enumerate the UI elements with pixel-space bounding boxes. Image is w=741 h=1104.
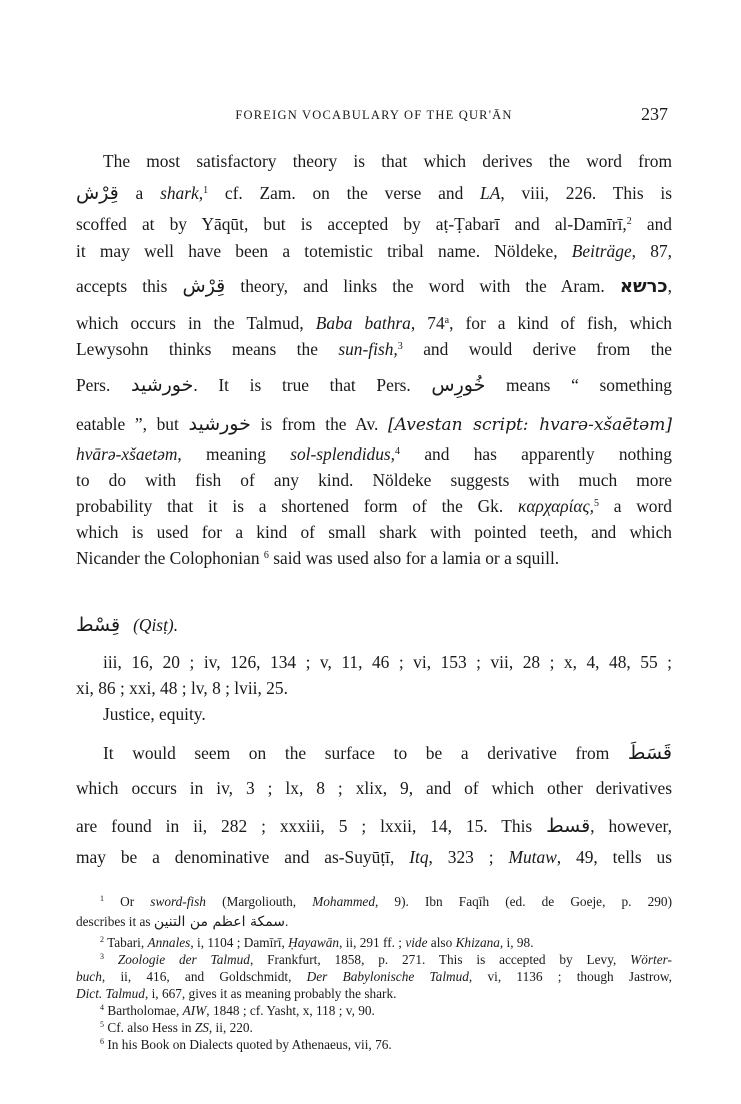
entry-references: iii, 16, 20 ; iv, 126, 134 ; v, 11, 46 ;… [76,651,672,673]
text: said was used also for a lamia or a squi… [269,548,559,568]
text: , however, [590,816,672,836]
arabic-word: قَسَطَ [628,742,672,764]
hebrew-word: כרשא [620,276,668,297]
book-page: Foreign Vocabulary of the Qur'ān 237 The… [0,0,741,1104]
paragraph-line: eatable ”, but خورشيد is from the Av. [A… [76,413,672,436]
text: Tabari, [104,935,148,950]
paragraph-line: scoffed at by Yāqūt, but is accepted by … [76,213,672,235]
arabic-word: خُورِس [431,374,485,396]
footnote-6: 6 In his Book on Dialects quoted by Athe… [76,1036,672,1053]
paragraph-line: which occurs in the Talmud, Baba bathra,… [76,312,672,334]
italic-text: Dict. Talmud [76,986,145,1001]
paragraph-line: to do with fish of any kind. Nöldeke sug… [76,469,672,491]
footnote-1-cont: describes it as سمكة اعظم من التنين. [76,913,672,931]
text: , vi, 1136 ; though Jastrow, [469,969,672,984]
text: , 87, [632,241,672,261]
text: Lewysohn thinks means the [76,339,338,359]
text: also [427,935,455,950]
footnote-number: 3 [100,952,104,961]
text: a word [599,496,672,516]
entry-headword: قِسْط (Qisṭ). [76,614,672,636]
text: , ii, 416, and Goldschmidt, [102,969,307,984]
text: to do with fish of any kind. Nöldeke sug… [76,470,672,490]
text: , 74 [411,313,445,333]
italic-text: shark, [160,183,203,203]
text: cf. Zam. on the verse and [208,183,480,203]
italic-text: Zoologie der Talmud [118,952,250,967]
text: means “ something [485,375,672,395]
italic-text: Annales [148,935,191,950]
text: Bartholomae, [104,1003,183,1018]
paragraph-line: accepts this قِرْش theory, and links the… [76,275,672,298]
text: Nicander the Colophonian [76,548,264,568]
paragraph-line: it may well have been a totemistic triba… [76,240,672,262]
paragraph-line: It would seem on the surface to be a der… [76,742,672,764]
arabic-word: خورشيد [189,413,251,435]
footnote-5: 5 Cf. also Hess in ZS, ii, 220. [76,1019,672,1036]
text: describes it as [76,914,154,929]
text: It would seem on the surface to be a der… [103,743,628,763]
paragraph-line: may be a denominative and as-Suyūṭī, Itq… [76,846,672,868]
italic-text: Mohammed [312,894,375,909]
entry-references: xi, 86 ; xxi, 48 ; lv, 8 ; lvii, 25. [76,677,672,699]
italic-text: ZS [195,1020,209,1035]
italic-text: sol-splendidus, [290,444,395,464]
arabic-word: قِرْش [183,275,226,297]
text: , i, 98. [500,935,534,950]
paragraph-line: probability that it is a shortened form … [76,495,672,517]
italic-text: buch [76,969,102,984]
text: , viii, 226. This is [500,183,672,203]
italic-text: sun-fish, [338,339,397,359]
paragraph-line: Nicander the Colophonian 6 said was used… [76,547,672,569]
text: , 323 ; [429,847,509,867]
text: and [632,214,672,234]
text: eatable ”, but [76,414,189,434]
text: The most satisfactory theory is that whi… [103,151,672,171]
avestan-word: [Avestan script: hvarə-xšaētəm] [388,415,672,435]
text: Cf. also Hess in [104,1020,195,1035]
text: , ii, 220. [209,1020,253,1035]
text: is from the Av. [251,414,388,434]
text: a [119,183,160,203]
text: are found in ii, 282 ; xxxiii, 5 ; lxxii… [76,816,546,836]
italic-text: AIW [183,1003,207,1018]
italic-text: Baba bathra [316,313,411,333]
text: , i, 1104 ; Damīrī, [190,935,288,950]
italic-text: sword-fish [150,894,206,909]
text: which occurs in iv, 3 ; lx, 8 ; xlix, 9,… [76,778,672,798]
italic-text: LA [480,183,500,203]
italic-text: hvārə-xšaetəm [76,444,177,464]
text: . It is true that Pers. [193,375,431,395]
text: , Frankfurt, 1858, p. 271. This is accep… [250,952,630,967]
text: Or [104,894,150,909]
text: In his Book on Dialects quoted by Athena… [104,1037,392,1052]
text: xi, 86 ; xxi, 48 ; lv, 8 ; lvii, 25. [76,678,288,698]
page-number: 237 [641,104,668,125]
text: it may well have been a totemistic triba… [76,241,572,261]
paragraph-line: The most satisfactory theory is that whi… [76,150,672,172]
arabic-phrase: سمكة اعظم من التنين [154,914,285,930]
text: , for a kind of fish, which [449,313,672,333]
arabic-word: قسط [546,815,590,837]
text: , meaning [177,444,290,464]
text: , 1848 ; cf. Yasht, x, 118 ; v, 90. [206,1003,375,1018]
paragraph-line: hvārə-xšaetəm, meaning sol-splendidus,4 … [76,443,672,465]
transliteration: (Qisṭ). [133,615,178,635]
text: , 9). Ibn Faqīh (ed. de Goeje, p. 290) [375,894,672,909]
italic-text: Ḥayawān [288,935,339,950]
text: , 49, tells us [557,847,672,867]
paragraph-line: which occurs in iv, 3 ; lx, 8 ; xlix, 9,… [76,777,672,799]
running-head: Foreign Vocabulary of the Qur'ān [76,108,672,123]
text: Justice, equity. [103,704,206,724]
italic-text: Der Babylonische Talmud [307,969,469,984]
text: theory, and links the word with the Aram… [225,276,620,296]
text: iii, 16, 20 ; iv, 126, 134 ; v, 11, 46 ;… [103,652,672,672]
text: , i, 667, gives it as meaning probably t… [145,986,397,1001]
arabic-word: قِرْش [76,182,119,204]
footnote-4: 4 Bartholomae, AIW, 1848 ; cf. Yasht, x,… [76,1002,672,1019]
italic-text: Mutaw [508,847,556,867]
italic-text: Beiträge [572,241,632,261]
text: scoffed at by Yāqūt, but is accepted by … [76,214,627,234]
footnote-3-cont: Dict. Talmud, i, 667, gives it as meanin… [76,985,672,1002]
text: and would derive from the [403,339,672,359]
text: , ii, 291 ff. ; [339,935,405,950]
text: accepts this [76,276,183,296]
arabic-headword: قِسْط [76,614,120,636]
footnote-1: 1 Or sword-fish (Margoliouth, Mohammed, … [76,893,672,910]
footnote-3: 3 Zoologie der Talmud, Frankfurt, 1858, … [76,951,672,968]
text: which occurs in the Talmud, [76,313,316,333]
text: Pers. [76,375,131,395]
paragraph-line: which is used for a kind of small shark … [76,521,672,543]
page-header: Foreign Vocabulary of the Qur'ān 237 [76,104,672,128]
italic-text: Itq [409,847,428,867]
paragraph-line: are found in ii, 282 ; xxxiii, 5 ; lxxii… [76,815,672,837]
italic-text: Wörter- [630,952,672,967]
text: probability that it is a shortened form … [76,496,518,516]
text: (Margoliouth, [206,894,312,909]
greek-word: καρχαρίας, [518,496,594,516]
arabic-word: خورشيد [131,374,193,396]
italic-text: Khizana [456,935,500,950]
text: . [285,914,288,929]
paragraph-line: قِرْش a shark,1 cf. Zam. on the verse an… [76,182,672,204]
footnote-3-cont: buch, ii, 416, and Goldschmidt, Der Baby… [76,968,672,985]
paragraph-line: Pers. خورشيد. It is true that Pers. خُور… [76,374,672,396]
text: which is used for a kind of small shark … [76,522,672,542]
italic-text: vide [405,935,427,950]
entry-meaning: Justice, equity. [76,703,672,725]
footnote-2: 2 Tabari, Annales, i, 1104 ; Damīrī, Ḥay… [76,934,672,951]
text: and has apparently nothing [400,444,672,464]
paragraph-line: Lewysohn thinks means the sun-fish,3 and… [76,338,672,360]
text: , [668,276,672,296]
text: may be a denominative and as-Suyūṭī, [76,847,409,867]
